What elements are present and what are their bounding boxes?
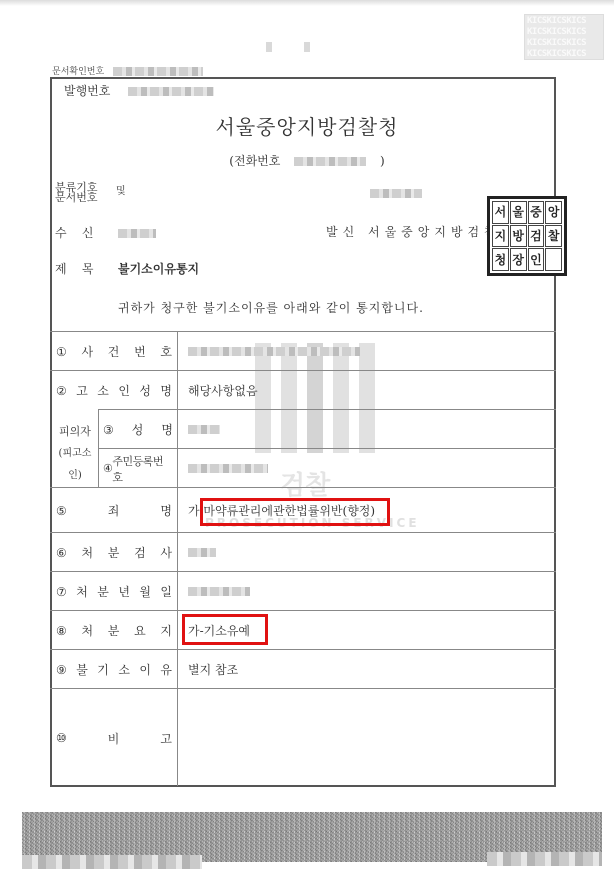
label-char: 명 [160, 502, 172, 519]
row-label: ⑧처분요지 [56, 611, 172, 650]
label-char: 처 [76, 583, 88, 600]
redacted-mark [266, 42, 272, 52]
row-number: ① [56, 345, 67, 359]
redacted-value [188, 347, 360, 356]
redacted-value [188, 425, 220, 434]
row-label: ①사건번호 [56, 332, 172, 371]
table-row: ①사건번호 [50, 331, 556, 370]
label-char: 분 [97, 583, 109, 600]
row-value [188, 332, 360, 371]
label-char: 사 [81, 343, 93, 360]
row-label: ⑤죄명 [56, 488, 172, 533]
subject-label: 제 목 [55, 260, 93, 277]
suspect-group-label: 피의자 (피고소인) [52, 421, 98, 487]
label-char: 검 [134, 544, 146, 561]
office-title: 서울중앙지방검찰청 [0, 111, 614, 140]
label-char: 일 [160, 583, 172, 600]
label-char: 호 [160, 343, 172, 360]
row-label: ⑨불기소이유 [56, 650, 172, 689]
row-value [188, 572, 250, 611]
label-char: 고 [160, 730, 172, 747]
label-char: 지 [160, 622, 172, 639]
row-label: ⑥처분검사 [56, 533, 172, 572]
label-char: 소 [97, 382, 109, 399]
row-label: ⑩비고 [56, 689, 172, 787]
label-char: 유 [160, 661, 172, 678]
column-divider [177, 331, 178, 786]
subject-value: 불기소이유통지 [118, 260, 199, 277]
label-char: 월 [139, 583, 151, 600]
table-row: ⑩비고 [50, 688, 556, 786]
label-char: 명 [161, 421, 173, 438]
redacted-value [188, 464, 268, 473]
row-number: ⑧ [56, 624, 67, 638]
redacted-footer [22, 855, 202, 869]
kics-watermark: KICSKICSKICS KICSKICSKICS KICSKICSKICS K… [524, 14, 604, 60]
row-number: ⑩ [56, 731, 67, 745]
row-label: ⑦처분년월일 [56, 572, 172, 611]
row-number: ⑥ [56, 546, 67, 560]
suspect-divider [98, 409, 99, 487]
issue-number: 발행번호 [64, 82, 214, 99]
highlight-offense [200, 498, 390, 526]
row-number: ⑤ [56, 504, 67, 518]
label-char: 주민등록번호 [112, 453, 173, 485]
redacted-value [128, 87, 214, 96]
label-char: 명 [160, 382, 172, 399]
row-number: ④ [103, 462, 112, 475]
row-label: ④주민등록번호 [103, 449, 173, 488]
classification-label: 분류기호 문서번호 [55, 183, 98, 203]
label-char: 년 [118, 583, 130, 600]
table-row: ②고소인성명해당사항없음 [50, 370, 556, 409]
highlight-disposition [182, 614, 268, 645]
intro-text: 귀하가 청구한 불기소이유를 아래와 같이 통지합니다. [118, 299, 424, 316]
label-char: 분 [108, 544, 120, 561]
row-value: 별지 참조 [188, 650, 238, 689]
row-number: ⑦ [56, 585, 67, 599]
redacted-phone [294, 157, 366, 166]
label-char: 성 [139, 382, 151, 399]
redacted-value [188, 548, 216, 557]
row-value [188, 449, 268, 488]
row-number: ⑨ [56, 663, 67, 677]
label-char: 불 [76, 661, 88, 678]
label-char: 성 [132, 421, 144, 438]
row-value [188, 533, 216, 572]
row-value [188, 410, 220, 449]
row-number: ③ [103, 423, 114, 437]
recipient-label: 수 신 [55, 224, 93, 241]
label-char: 죄 [108, 502, 120, 519]
redacted-recipient [118, 229, 156, 238]
redacted-date [370, 189, 422, 198]
table-row: ⑥처분검사 [50, 532, 556, 571]
office-phone: (전화번호 ) [0, 152, 614, 169]
redacted-mark [304, 42, 310, 52]
label-char: 소 [118, 661, 130, 678]
label-char: 번 [134, 343, 146, 360]
official-seal: 서울중앙 지방검찰 청장인 [487, 196, 567, 276]
row-label: ②고소인성명 [56, 371, 172, 410]
scan-top-shadow [0, 0, 614, 6]
table-row: ⑦처분년월일 [50, 571, 556, 610]
document-date [370, 186, 422, 200]
redacted-footer [487, 852, 602, 866]
redacted-value [188, 587, 250, 596]
recipient-value [118, 226, 156, 240]
label-char: 인 [118, 382, 130, 399]
table-row: ④주민등록번호 [99, 448, 556, 487]
row-value: 해당사항없음 [188, 371, 258, 410]
row-number: ② [56, 384, 67, 398]
table-row: ⑨불기소이유별지 참조 [50, 649, 556, 688]
document-check-number: 문서확인번호 [52, 64, 203, 77]
label-char: 기 [97, 661, 109, 678]
row-label: ③성명 [103, 410, 173, 449]
label-char: 분 [108, 622, 120, 639]
redacted-value [113, 67, 203, 76]
label-char: 고 [76, 382, 88, 399]
label-char: 처 [81, 622, 93, 639]
label-char: 요 [134, 622, 146, 639]
classification-and: 및 [116, 182, 126, 197]
label-char: 건 [108, 343, 120, 360]
table-row: ③성명 [99, 409, 556, 448]
label-char: 처 [81, 544, 93, 561]
label-char: 이 [139, 661, 151, 678]
label-char: 사 [160, 544, 172, 561]
table-row: ⑧처분요지가-기소유예 [50, 610, 556, 649]
label-char: 비 [108, 730, 120, 747]
